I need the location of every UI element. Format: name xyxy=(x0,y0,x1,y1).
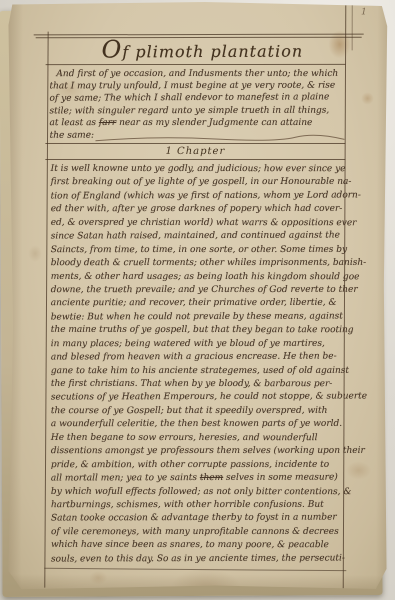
text-line-with-strikeout: at least as farr near as my slender Judg… xyxy=(50,117,350,129)
text-segment: all mortall men; yea to ye saints xyxy=(51,473,200,484)
text-line: stile; with singuler regard unto ye simp… xyxy=(50,104,350,117)
frame-rule-right-secondary xyxy=(352,4,353,50)
text-line: Satan tooke occasion & advantage therby … xyxy=(51,512,351,526)
text-line: of ye same; The which I shall endevor to… xyxy=(49,92,349,106)
text-line: anciente puritie; and recover, their pri… xyxy=(51,297,351,311)
text-line: the course of ye Gospell; but that it sp… xyxy=(51,405,351,419)
text-line: souls, even to this day. So as in ye anc… xyxy=(51,552,351,566)
intro-paragraph: And first of ye occasion, and Indusments… xyxy=(49,68,349,142)
frame-rule-left xyxy=(44,32,48,588)
text-line: bloody death & cruell torments; other wh… xyxy=(51,257,351,271)
text-segment: near as my slender Judgmente can attaine xyxy=(116,118,312,128)
text-line: ments, & other hard usages; as being loa… xyxy=(51,270,351,284)
text-segment: selves in some measure) xyxy=(223,473,338,483)
text-line: gane to take him to his anciente strateg… xyxy=(51,364,351,378)
text-line: ed ther with, after ye grose darknes of … xyxy=(51,203,351,217)
text-line: bewtie: But when he could not prevaile b… xyxy=(51,310,351,324)
text-line: in many places; being watered with ye bl… xyxy=(51,338,351,352)
text-line: since Satan hath raised, maintained, and… xyxy=(51,230,351,244)
text-line: ed, & overspred ye christian world) what… xyxy=(51,217,351,231)
body-paragraph: It is well knowne unto ye godly, and jud… xyxy=(51,163,351,566)
text-line: dissentions amongst ye professours them … xyxy=(51,445,351,459)
manuscript-title: Of plimoth plantation xyxy=(102,36,304,66)
text-line: pride, & ambition, with other corrupte p… xyxy=(51,459,351,473)
text-line: He then begane to sow errours, heresies,… xyxy=(51,432,351,446)
text-line: a wounderfull celeritie, the then best k… xyxy=(51,418,351,432)
text-line: hartburnings, schismes, with other horri… xyxy=(51,499,351,513)
text-line: by which wofull effects followed; as not… xyxy=(51,485,351,499)
text-line: the first christians. That when by ye bl… xyxy=(51,378,351,392)
page-number: 1 xyxy=(361,7,367,17)
chapter-heading: 1 Chapter xyxy=(45,144,345,160)
frame-rule-bottom xyxy=(44,568,346,571)
text-line: first breaking out of ye lighte of ye go… xyxy=(51,176,351,190)
text-line-with-strikeout: all mortall men; yea to ye saints them s… xyxy=(51,472,351,486)
text-line: secutions of ye Heathen Emperours, he co… xyxy=(51,391,351,405)
text-line: and blesed from heaven with a gracious e… xyxy=(51,351,351,365)
photo-background: 1 Of plimoth plantation And first of ye … xyxy=(0,0,395,600)
text-line: the maine truths of ye gospell, but that… xyxy=(51,324,351,338)
struck-word: farr xyxy=(99,118,116,128)
manuscript-page: 1 Of plimoth plantation And first of ye … xyxy=(6,2,389,593)
text-line: tion of England (which was ye first of n… xyxy=(51,189,351,203)
text-line: Saincts, from time, to time, in one sort… xyxy=(51,244,351,258)
text-line: of vile ceremoneys, with many unprofitab… xyxy=(51,526,351,540)
text-line: downe, the trueth prevaile; and ye Churc… xyxy=(51,284,351,298)
text-line: It is well knowne unto ye godly, and jud… xyxy=(51,163,351,177)
struck-word: them xyxy=(200,473,223,483)
text-line: which have since been as snares, to many… xyxy=(51,539,351,553)
text-segment: at least as xyxy=(50,118,99,128)
text-line: And first of ye occasion, and Indusments… xyxy=(49,68,349,80)
